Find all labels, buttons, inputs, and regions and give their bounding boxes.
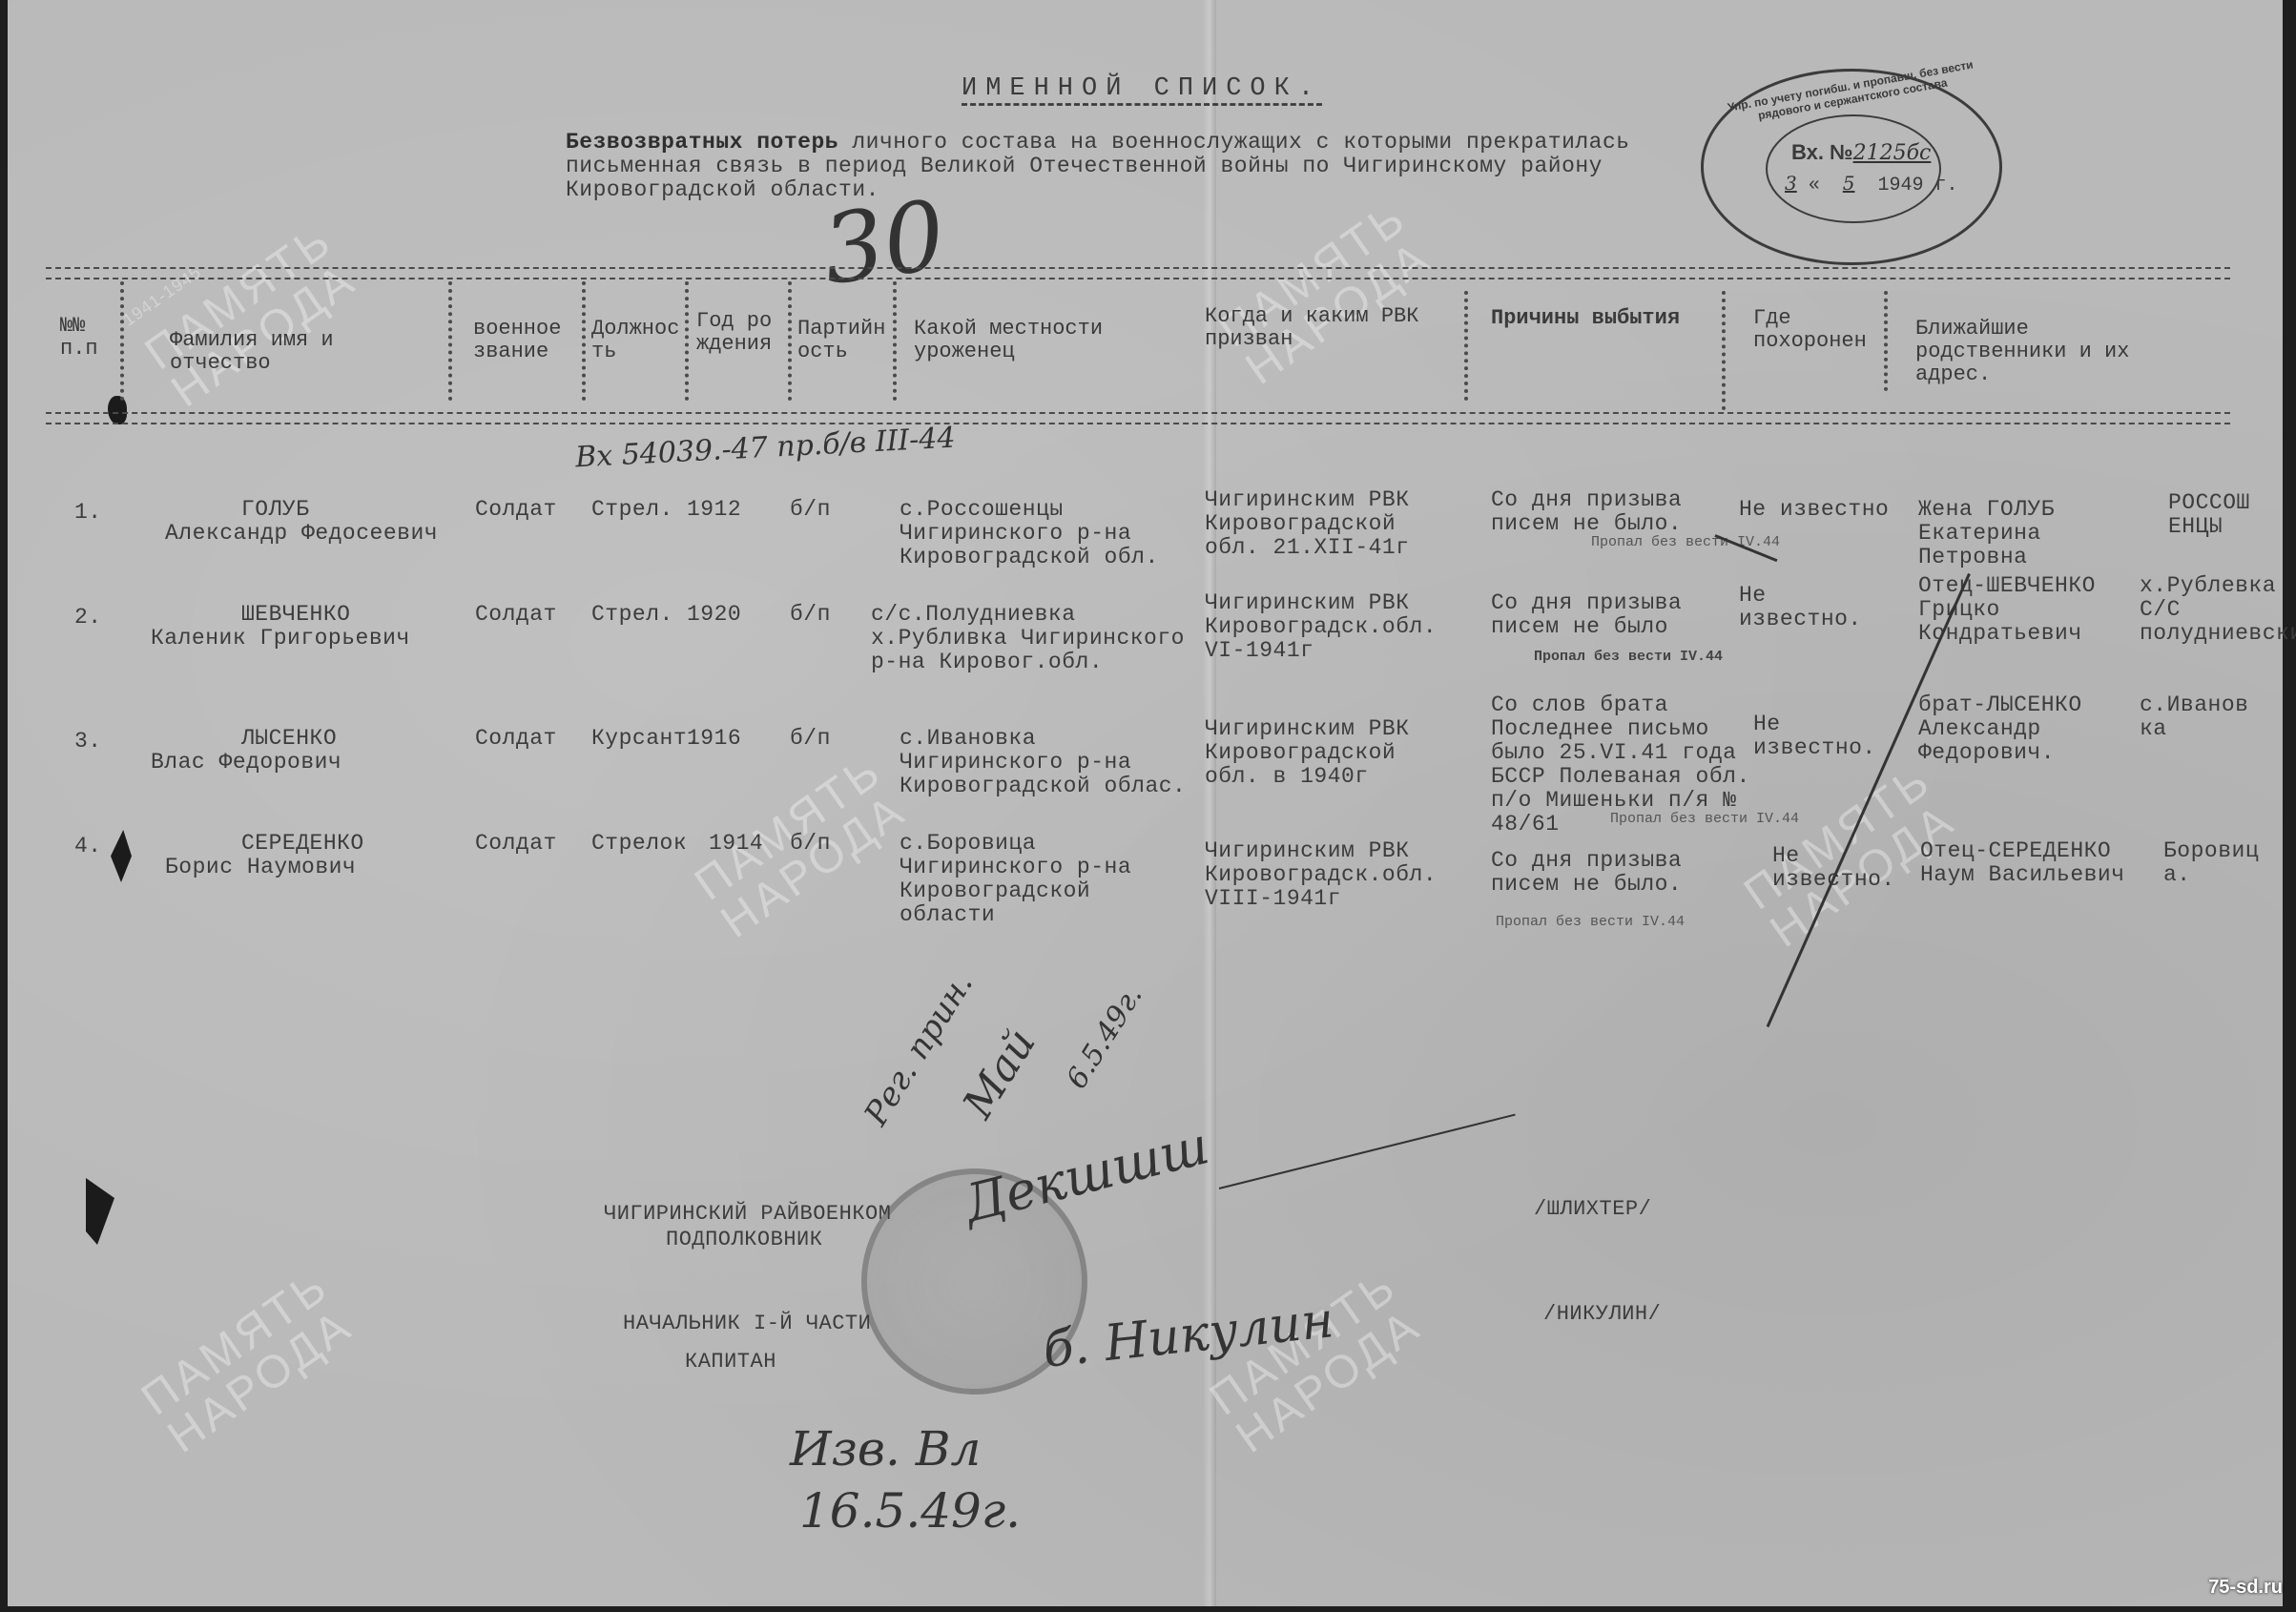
row-surname: ГОЛУБ	[241, 498, 310, 522]
resolution-signature: Май	[954, 1021, 1045, 1127]
column-header-name: Фамилия имя и отчество	[170, 329, 389, 375]
row-relatives-address: с.Ивановка	[2140, 693, 2254, 741]
paper-hole	[111, 830, 132, 882]
row-buried: Не известно	[1739, 498, 1889, 522]
row-status-stamp: Пропал без вести IV.44	[1496, 914, 1685, 930]
commander-name: /ШЛИХТЕР/	[1534, 1197, 1651, 1221]
registration-stamp: Упр. по учету погибш. и пропавш. без вес…	[1701, 69, 2002, 265]
row-birthplace: с.Боровица Чигиринского р-на Кировоградс…	[900, 832, 1186, 927]
row-birthplace: с/с.Полудниевка х.Рубливка Чигиринского …	[871, 603, 1190, 674]
row-surname: ШЕВЧЕНКО	[241, 603, 350, 627]
bottom-handwritten-note: Изв. Вл	[790, 1421, 981, 1477]
row-birthplace: с.Россошенцы Чигиринского р-на Кировогра…	[900, 498, 1186, 569]
row-birthplace: с.Ивановка Чигиринского р-на Кировоградс…	[900, 727, 1190, 798]
row-rank: Солдат	[475, 603, 557, 627]
column-header-number: №№ п.п	[60, 315, 117, 361]
resolution-note: Рег. прин.	[857, 966, 981, 1132]
row-position: Курсант.	[591, 727, 700, 751]
column-separator	[1884, 291, 1892, 391]
row-drafted: Чигиринским РВК Кировоградской обл. в 19…	[1205, 717, 1434, 789]
row-party: б/п	[790, 727, 831, 751]
bottom-handwritten-date: 16.5.49г.	[799, 1483, 1021, 1539]
row-buried: Не известно.	[1753, 713, 1887, 760]
row-rank: Солдат	[475, 832, 557, 856]
paper-fold-line	[1203, 0, 1216, 1606]
stamp-date: 3 « 5 1949 г.	[1785, 172, 1958, 196]
row-position: Стрел.	[591, 603, 673, 627]
column-separator	[1722, 291, 1729, 410]
header-top-rule	[46, 267, 2230, 279]
row-number: 1.	[74, 501, 102, 525]
row-relatives: Жена ГОЛУБ Екатерина Петровна	[1918, 498, 2138, 569]
row-party: б/п	[790, 832, 831, 856]
row-given-names: Александр Федосеевич	[165, 522, 438, 546]
row-party: б/п	[790, 603, 831, 627]
row-birth-year: 1920	[687, 603, 741, 627]
column-header-rank: военное звание	[473, 318, 578, 363]
column-header-reason: Причины выбытия	[1491, 307, 1720, 330]
row-number: 2.	[74, 606, 102, 630]
stamp-date-year: 1949 г.	[1878, 175, 1958, 196]
row-rank: Солдат	[475, 727, 557, 751]
stamp-date-day: 3	[1785, 172, 1797, 195]
column-header-relatives: Ближайшие родственники и их адрес.	[1915, 318, 2182, 386]
column-header-party: Партийность	[797, 318, 888, 363]
incoming-handwritten-note: Вх 54039.-47 пр.б/в III-44	[574, 422, 956, 475]
column-header-birthplace: Какой местности уроженец	[914, 318, 1162, 363]
stamp-incoming-label: Вх. №	[1791, 140, 1853, 164]
header-bottom-rule	[46, 412, 2230, 424]
row-status-stamp: Пропал без вести IV.44	[1534, 649, 1723, 665]
column-separator	[448, 281, 456, 401]
column-header-buried: Где похоронен	[1753, 307, 1882, 353]
chief-title: НАЧАЛЬНИК I-Й ЧАСТИ	[623, 1312, 871, 1335]
document-title: ИМЕННОЙ СПИСОК.	[962, 74, 1322, 103]
row-relatives: Отец-ШЕВЧЕНКО Грицко Кондратьевич	[1918, 574, 2128, 646]
row-status-stamp: Пропал без вести IV.44	[1610, 811, 1799, 827]
commander-title: ЧИГИРИНСКИЙ РАЙВОЕНКОМ	[604, 1202, 891, 1226]
row-drafted: Чигиринским РВК Кировоградской обл. 21.X…	[1205, 488, 1434, 560]
column-separator	[582, 281, 590, 401]
site-credit: 75-sd.ru	[2208, 1577, 2283, 1599]
commander-signature: Декшшш	[958, 1115, 1214, 1233]
paper-tear	[86, 1178, 114, 1245]
column-separator	[788, 281, 796, 401]
row-surname: СЕРЕДЕНКО	[241, 832, 364, 856]
stamp-inner-oval: Вх. №2125бс 3 « 5 1949 г.	[1766, 114, 1941, 223]
handwritten-page-number: 30	[817, 188, 951, 300]
row-relatives-address: Боровица.	[2163, 839, 2268, 887]
column-separator	[685, 281, 693, 401]
resolution-date: 6.5.49г.	[1060, 980, 1148, 1094]
column-separator	[1464, 291, 1472, 401]
chief-name: /НИКУЛИН/	[1543, 1302, 1661, 1326]
row-birth-year: 1912	[687, 498, 741, 522]
signature-flourish	[1219, 1114, 1516, 1189]
row-relatives: брат-ЛЫСЕНКО Александр Федорович.	[1918, 693, 2123, 765]
row-number: 3.	[74, 730, 102, 754]
row-relatives-address: х.Рублевка С/С полудниевский	[2140, 574, 2278, 646]
row-surname: ЛЫСЕНКО	[241, 727, 337, 751]
stamp-date-month: 5	[1831, 172, 1867, 195]
row-reason: Со дня призыва писем не было.	[1491, 488, 1710, 536]
stamp-incoming-number: 2125бс	[1853, 141, 1932, 165]
row-position: Стрелок	[591, 832, 687, 856]
scanned-document: 1941-1945ПАМЯТЬНАРОДА ПАМЯТЬНАРОДА ПАМЯТ…	[8, 0, 2283, 1606]
row-birth-year: 1916	[687, 727, 741, 751]
stamp-incoming: Вх. №2125бс	[1791, 140, 1931, 165]
column-separator	[893, 281, 900, 401]
watermark: ПАМЯТЬНАРОДА	[1212, 195, 1441, 393]
row-given-names: Влас Федорович	[151, 751, 341, 775]
row-given-names: Каленик Григорьевич	[151, 627, 410, 651]
subtitle-bold: Безвозвратных потерь	[566, 130, 838, 155]
row-relatives: Отец-СЕРЕДЕНКО Наум Васильевич	[1920, 839, 2140, 887]
commander-rank: ПОДПОЛКОВНИК	[666, 1228, 822, 1251]
row-reason: Со дня призыва писем не было	[1491, 591, 1710, 639]
row-buried: Не известно.	[1739, 584, 1872, 631]
row-party: б/п	[790, 498, 831, 522]
row-number: 4.	[74, 835, 102, 858]
watermark: 1941-1945ПАМЯТЬНАРОДА	[112, 179, 367, 416]
chief-rank: КАПИТАН	[685, 1350, 776, 1374]
watermark: ПАМЯТЬНАРОДА	[134, 1263, 363, 1461]
row-rank: Солдат	[475, 498, 557, 522]
column-header-position: Должность	[591, 318, 682, 363]
row-reason: Со дня призыва писем не было.	[1491, 849, 1710, 897]
row-relatives-address: РОССОШЕНЦЫ	[2168, 491, 2259, 539]
row-position: Стрел.	[591, 498, 673, 522]
column-header-birth-year: Год рождения	[696, 310, 773, 356]
column-separator	[120, 281, 128, 401]
row-drafted: Чигиринским РВК Кировоградск.обл. VIII-1…	[1205, 839, 1453, 911]
document-subtitle: Безвозвратных потерь личного состава на …	[566, 131, 1663, 202]
row-given-names: Борис Наумович	[165, 856, 356, 879]
column-header-drafted: Когда и каким РВК призван	[1205, 305, 1462, 351]
row-drafted: Чигиринским РВК Кировоградск.обл. VI-194…	[1205, 591, 1443, 663]
row-birth-year: 1914	[709, 832, 763, 856]
